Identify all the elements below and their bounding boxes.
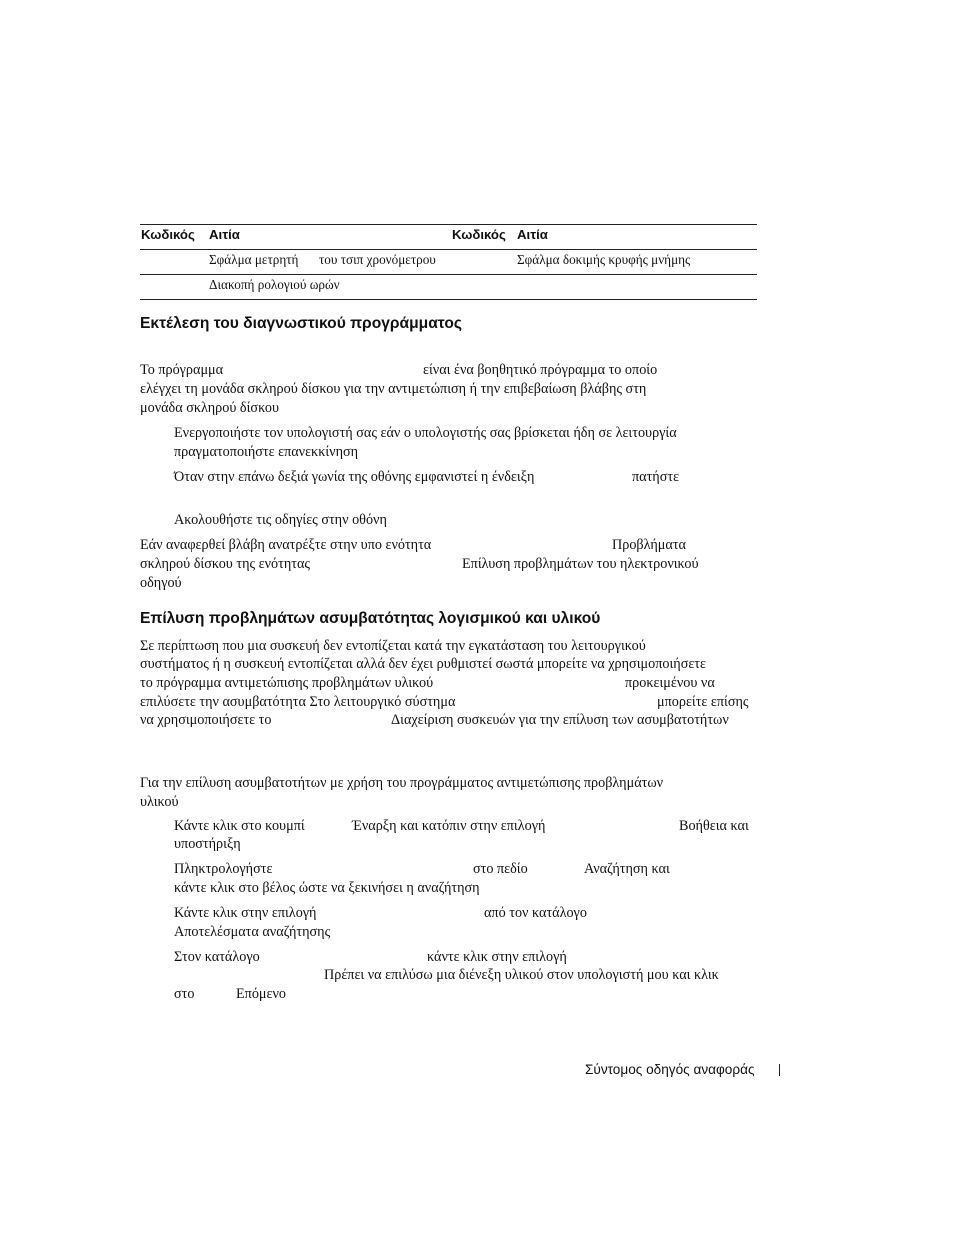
table-header-cause-2: Αιτία — [517, 228, 548, 241]
paragraph-text: μπορείτε επίσης — [657, 695, 749, 709]
section-heading-incompatibilities: Επίλυση προβλημάτων ασυμβατότητας λογισμ… — [140, 611, 600, 627]
paragraph-text: Για την επίλυση ασυμβατοτήτων με χρήση τ… — [140, 776, 663, 790]
table-row-rule — [140, 274, 757, 275]
table-header-code-2: Κωδικός — [452, 228, 506, 241]
paragraph-text: Σε περίπτωση που μια συσκευή δεν εντοπίζ… — [140, 639, 646, 653]
table-header-code-1: Κωδικός — [141, 228, 195, 241]
table-top-rule — [140, 224, 757, 225]
paragraph-text: επιλύσετε την ασυμβατότητα Στο λειτουργι… — [140, 695, 455, 709]
step-text: Βοήθεια και — [679, 819, 749, 833]
cross-reference-link[interactable]: Επίλυση προβλημάτων του ηλεκτρονικού — [462, 557, 699, 571]
note-text: Εάν αναφερθεί βλάβη ανατρέξτε στην υπο ε… — [140, 538, 431, 552]
paragraph-text: μονάδα σκληρού δίσκου — [140, 401, 279, 415]
section-heading-diagnostics: Εκτέλεση του διαγνωστικού προγράμματος — [140, 316, 462, 332]
paragraph-text: Διαχείριση συσκευών για την επίλυση των … — [391, 713, 729, 727]
table-header-rule — [140, 249, 757, 250]
table-bottom-rule — [140, 299, 757, 300]
table-header-cause-1: Αιτία — [209, 228, 240, 241]
paragraph-text: συστήματος ή η συσκευή εντοπίζεται αλλά … — [140, 657, 706, 671]
paragraph-text: το πρόγραμμα αντιμετώπισης προβλημάτων υ… — [140, 676, 433, 690]
step-text: Πρέπει να επιλύσω μια διένεξη υλικού στο… — [324, 968, 719, 982]
step-text: υποστήριξη — [174, 837, 241, 851]
step-text: πραγματοποιήστε επανεκκίνηση — [174, 445, 358, 459]
cross-reference-link[interactable]: Προβλήματα — [612, 538, 686, 552]
footer-separator — [779, 1064, 780, 1076]
step-text: στο — [174, 987, 194, 1001]
step-text: Ενεργοποιήστε τον υπολογιστή σας εάν ο υ… — [174, 426, 677, 440]
step-text: κάντε κλικ στο βέλος ώστε να ξεκινήσει η… — [174, 881, 480, 895]
paragraph-text: Το πρόγραμμα — [140, 363, 223, 377]
step-text: Αποτελέσματα αναζήτησης — [174, 925, 330, 939]
step-text: Κάντε κλικ στην επιλογή — [174, 906, 316, 920]
step-text: Στον κατάλογο — [174, 950, 260, 964]
step-text: Έναρξη και κατόπιν στην επιλογή — [352, 819, 545, 833]
step-text: στο πεδίο — [473, 862, 528, 876]
step-text: Επόμενο — [236, 987, 286, 1001]
footer-title: Σύντομος οδηγός αναφοράς — [585, 1063, 755, 1077]
paragraph-text: να χρησιμοποιήσετε το — [140, 713, 271, 727]
step-text: κάντε κλικ στην επιλογή — [427, 950, 567, 964]
step-text: Ακολουθήστε τις οδηγίες στην οθόνη — [174, 513, 387, 527]
step-text: Κάντε κλικ στο κουμπί — [174, 819, 305, 833]
step-text: Πληκτρολογήστε — [174, 862, 272, 876]
step-text: πατήστε — [632, 470, 679, 484]
paragraph-text: προκειμένου να — [625, 676, 715, 690]
note-text: οδηγού — [140, 576, 182, 590]
step-text: Όταν στην επάνω δεξιά γωνία της οθόνης ε… — [174, 470, 534, 484]
table-cell-cause: Σφάλμα δοκιμής κρυφής μνήμης — [517, 253, 690, 266]
table-cell-cause: Σφάλμα μετρητή — [209, 253, 298, 266]
note-text: σκληρού δίσκου της ενότητας — [140, 557, 310, 571]
step-text: Αναζήτηση και — [584, 862, 670, 876]
paragraph-text: υλικού — [140, 795, 179, 809]
table-cell-cause: Διακοπή ρολογιού ωρών — [209, 278, 340, 291]
paragraph-text: ελέγχει τη μονάδα σκληρού δίσκου για την… — [140, 382, 646, 396]
step-text: από τον κατάλογο — [484, 906, 587, 920]
paragraph-text: είναι ένα βοηθητικό πρόγραμμα το οποίο — [423, 363, 657, 377]
table-cell-cause: του τσιπ χρονόμετρου — [319, 253, 436, 266]
